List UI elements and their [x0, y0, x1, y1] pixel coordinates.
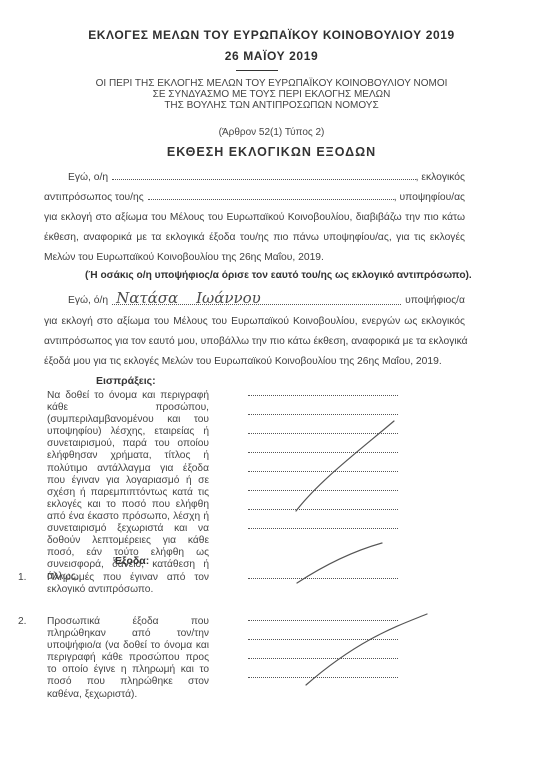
receipts-strikethrough-stroke — [296, 421, 394, 511]
expense-2-strikethrough-stroke — [306, 614, 427, 685]
expense-1-strikethrough-stroke — [297, 543, 382, 583]
handwritten-strikethrough-strokes — [0, 0, 543, 768]
